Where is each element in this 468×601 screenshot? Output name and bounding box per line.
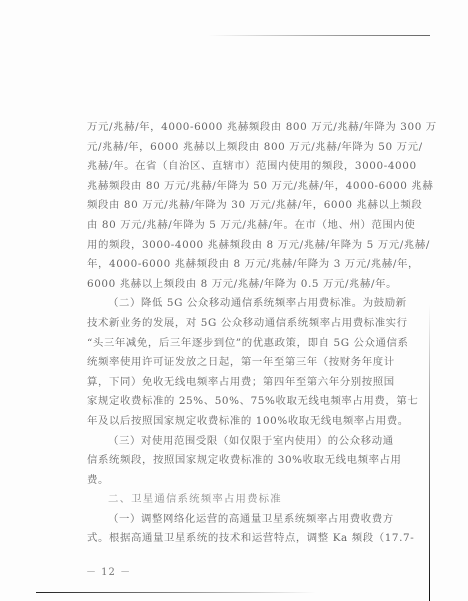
text-line: 年，4000-6000 兆赫频段由 8 万元/兆赫/年降为 3 万元/兆赫/年， [87, 255, 395, 275]
scan-edge-line-bottom [36, 592, 316, 593]
text-line: 频段由 80 万元/兆赫/年降为 30 万元/兆赫/年，6000 兆赫以上频段 [87, 196, 395, 216]
text-line: 兆赫频段由 80 万元/兆赫/年降为 50 万元/兆赫/年，4000-6000 … [87, 177, 395, 197]
text-line: 技术新业务的发展，对 5G 公众移动通信系统频率占用费标准实行 [87, 314, 395, 334]
text-line: 费。 [87, 471, 395, 491]
page-number: － 12 － [86, 563, 131, 578]
text-line: 家规定收费标准的 25%、50%、75%收取无线电频率占用费，第七 [87, 392, 395, 412]
text-line: 式。根据高通量卫星系统的技术和运营特点，调整 Ka 频段（17.7- [87, 529, 395, 549]
text-line: 年及以后按照国家规定收费标准的 100%收取无线电频率占用费。 [87, 412, 395, 432]
paragraph-start-restricted: （三）对使用范围受限（如仅限于室内使用）的公众移动通 [87, 432, 395, 452]
text-line: 算，下同）免收无线电频率占用费；第四年至第六年分别按照国 [87, 373, 395, 393]
scan-edge-line-top [208, 35, 430, 36]
section-heading-satellite: 二、卫星通信系统频率占用费标准 [87, 490, 395, 510]
paragraph-start-satellite: （一）调整网络化运营的高通量卫星系统频率占用费收费方 [87, 510, 395, 530]
text-line: “头三年减免，后三年逐步到位”的优惠政策，即自 5G 公众通信系 [87, 334, 395, 354]
scan-edge-line-right [429, 305, 430, 601]
text-line: 用的频段，3000-4000 兆赫频段由 8 万元/兆赫/年降为 5 万元/兆赫… [87, 236, 395, 256]
text-line: 信系统频段，按照国家规定收费标准的 30%收取无线电频率占用 [87, 451, 395, 471]
text-line: 统频率使用许可证发放之日起，第一年至第三年（按财务年度计 [87, 353, 395, 373]
text-line: 万元/兆赫/年，4000-6000 兆赫频段由 800 万元/兆赫/年降为 30… [87, 118, 395, 138]
text-line: 6000 兆赫以上频段由 8 万元/兆赫/年降为 0.5 万元/兆赫/年。 [87, 275, 395, 295]
text-line: 由 80 万元/兆赫/年降为 5 万元/兆赫/年。在市（地、州）范围内使 [87, 216, 395, 236]
paragraph-start-5g: （二）降低 5G 公众移动通信系统频率占用费标准。为鼓励新 [87, 294, 395, 314]
document-body: 万元/兆赫/年，4000-6000 兆赫频段由 800 万元/兆赫/年降为 30… [87, 118, 395, 549]
text-line: 兆赫/年。在省（自治区、直辖市）范围内使用的频段，3000-4000 [87, 157, 395, 177]
text-line: 元/兆赫/年，6000 兆赫以上频段由 800 万元/兆赫/年降为 50 万元/ [87, 138, 395, 158]
